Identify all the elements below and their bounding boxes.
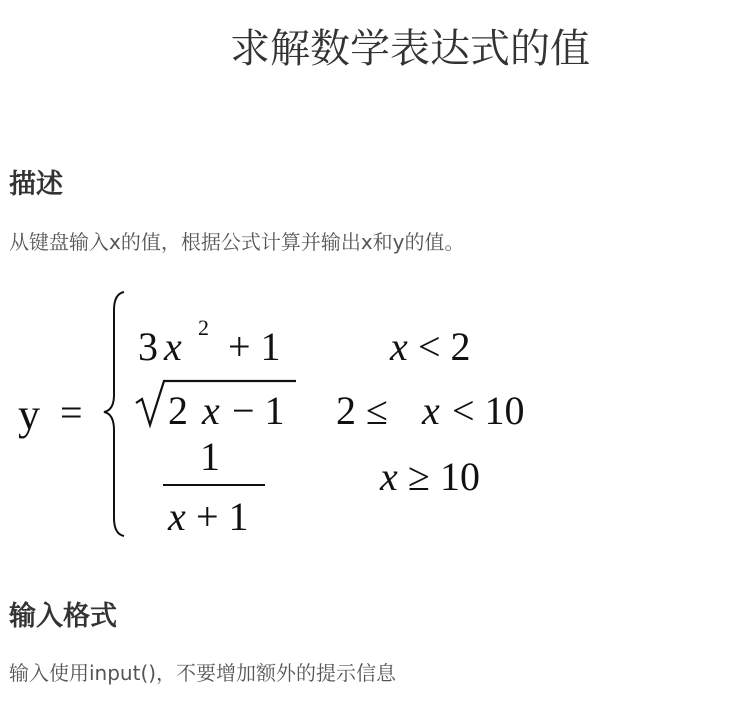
case1-x: x: [164, 323, 182, 370]
case2-cond-left: 2 ≤: [336, 387, 388, 434]
section-heading-input-format: 输入格式: [9, 600, 117, 634]
case1-cond: < 2: [418, 323, 471, 370]
case2-coef: 2: [168, 387, 188, 434]
case3-cond: ≥ 10: [408, 453, 480, 500]
case1-plus-one: + 1: [228, 323, 281, 370]
case2-x: x: [202, 387, 220, 434]
case1-exponent: 2: [198, 315, 209, 341]
piecewise-formula-image: y = 3 x 2 + 1 x < 2 2 x − 1 2 ≤ x < 10 1…: [0, 285, 560, 545]
input-format-text: 输入使用input()，不要增加额外的提示信息: [9, 660, 396, 686]
case2-minus-one: − 1: [232, 387, 285, 434]
case3-den-x: x: [168, 493, 186, 540]
case2-cond-right: < 10: [452, 387, 525, 434]
case2-cond-x: x: [422, 387, 440, 434]
case1-cond-x: x: [390, 323, 408, 370]
page-title: 求解数学表达式的值: [0, 24, 750, 74]
left-brace-icon: [100, 290, 130, 540]
case3-numerator: 1: [200, 433, 220, 480]
formula-equals: =: [60, 389, 83, 436]
case3-den-plus-one: + 1: [196, 493, 249, 540]
section-heading-description: 描述: [9, 168, 63, 202]
fraction-bar: [163, 484, 265, 486]
formula-lhs: y: [18, 389, 40, 440]
case3-cond-x: x: [380, 453, 398, 500]
case1-coef: 3: [138, 323, 158, 370]
description-text: 从键盘输入x的值，根据公式计算并输出x和y的值。: [9, 229, 465, 255]
